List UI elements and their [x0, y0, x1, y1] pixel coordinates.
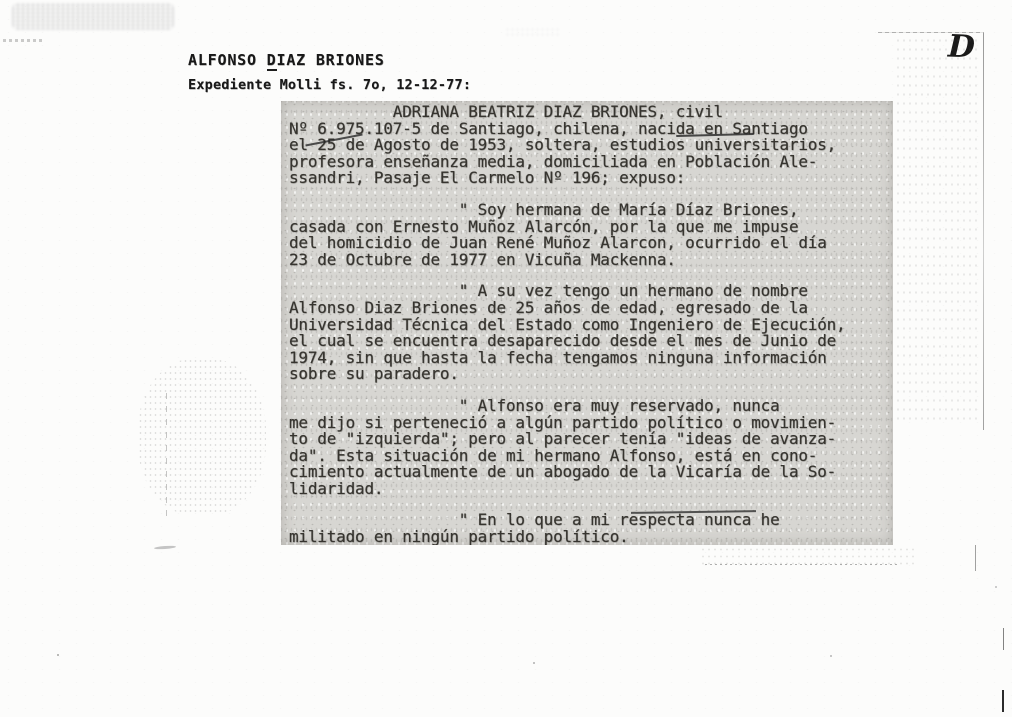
testimony-paragraph-sister: " Soy hermana de María Díaz Briones, cas… [289, 202, 893, 268]
title-part-post: IAZ BRIONES [277, 51, 385, 69]
scan-fold-line-left [166, 388, 167, 516]
page-edge-line-top [878, 32, 984, 33]
scan-dash-left [3, 39, 45, 42]
scanned-document-page: ALFONSO DIAZ BRIONES Expediente Molli fs… [0, 0, 1012, 717]
scan-smudge-top-left [12, 3, 174, 30]
scan-smudge-top-center [505, 27, 560, 39]
scan-speckle-left-cloud [138, 358, 266, 516]
testimony-paragraph-politics: " Alfonso era muy reservado, nunca me di… [289, 398, 893, 498]
testimony-paragraph-identification: ADRIANA BEATRIZ DIAZ BRIONES, civil Nº 6… [289, 104, 893, 187]
scan-dotted-line-below-block [705, 564, 897, 565]
page-edge-line-right [983, 33, 984, 430]
title-part-underlined: D [267, 51, 277, 71]
title-part-pre: ALFONSO [188, 51, 267, 69]
testimony-photocopy-block: ADRIANA BEATRIZ DIAZ BRIONES, civil Nº 6… [281, 101, 893, 545]
scan-scribble-left [154, 545, 176, 550]
page-edge-line-right-3 [1003, 628, 1004, 650]
testimony-paragraph-brother: " A su vez tengo un hermano de nombre Al… [289, 283, 893, 383]
document-subtitle: Expediente Molli fs. 7o, 12-12-77: [188, 77, 471, 93]
page-edge-line-right-2 [975, 545, 976, 571]
page-edge-line-right-4 [1002, 690, 1004, 712]
scan-stray-dots [57, 654, 59, 656]
testimony-paragraph-closing: " En lo que a mi respecta nunca he milit… [289, 512, 893, 545]
document-title: ALFONSO DIAZ BRIONES [188, 51, 385, 69]
scan-speckle-right-margin [895, 36, 980, 426]
